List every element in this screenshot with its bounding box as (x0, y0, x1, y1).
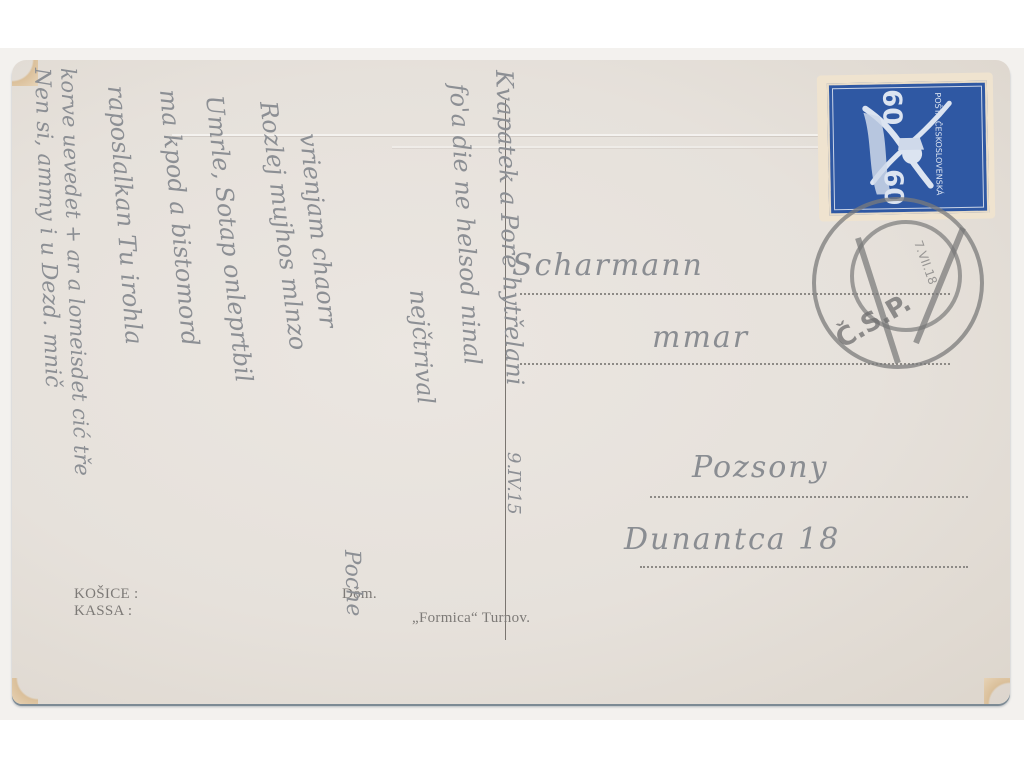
address-line-2: mmar (652, 320, 749, 355)
address-line-3: Pozsony (692, 450, 829, 485)
stamp-country-text: POŠTA ČESKOSLOVENSKÁ (933, 92, 944, 195)
postmark-icon: Č.S.P. 7.VII.18 (798, 188, 998, 378)
message-line: fo'a die ne helsod ninal (444, 83, 487, 366)
postcard: KOŠICE : KASSA : Dóm. „Formica“ Turnov. … (12, 60, 1010, 704)
stamp-value-top: 60 (876, 89, 907, 126)
message-line: Umrle, Sotap onleprtbil (200, 94, 258, 384)
message-date: 9.IV.15 (503, 452, 524, 515)
message-line: korve uevedet + ar a lomeisdet cić tře (56, 67, 94, 476)
message-line: nejčtrival (404, 289, 440, 406)
address-line (640, 566, 968, 568)
worn-corner (12, 678, 38, 704)
svg-text:Č.S.P.: Č.S.P. (830, 286, 917, 355)
caption-publisher: „Formica“ Turnov. (412, 610, 530, 626)
message-line: raposlalkan Tu irohla (102, 85, 148, 346)
svg-text:7.VII.18: 7.VII.18 (911, 239, 940, 287)
address-line (650, 496, 968, 498)
worn-corner (984, 678, 1010, 704)
message-signature: Poche (339, 549, 366, 617)
caption-place-hungarian: KASSA : (74, 603, 132, 619)
caption-place-slovak: KOŠICE : (74, 586, 139, 602)
message-line: Kvapatek a Pore hytřelani (490, 69, 529, 386)
address-line-1: Scharmann (512, 248, 704, 283)
address-line-4: Dunantca 18 (624, 522, 840, 557)
message-line: ma kpod a bistomord (154, 88, 204, 347)
